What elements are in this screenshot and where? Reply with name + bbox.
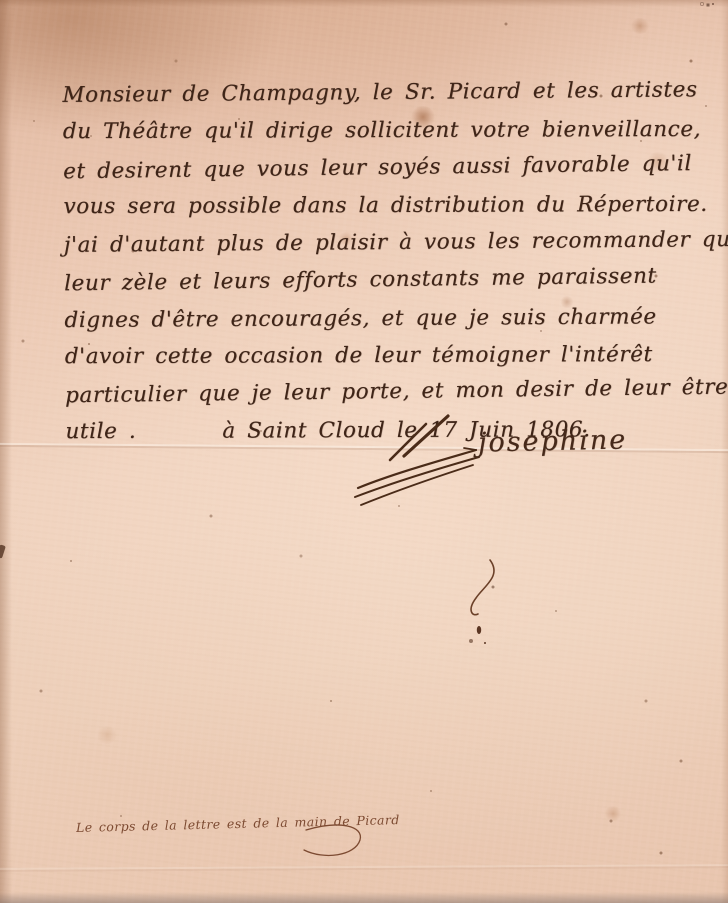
- letter-line-3: et desirent que vous leur soyés aussi fa…: [63, 150, 719, 196]
- letter-closing-word: utile .: [65, 418, 136, 443]
- corner-pencil-mark: [701, 3, 703, 5]
- foxing-stain: [630, 18, 650, 34]
- paper-edge-bottom: [0, 892, 728, 903]
- scanned-letter-page: Monsieur de Champagny, le Sr. Picard et …: [0, 0, 728, 903]
- josephine-signature: josephine: [478, 424, 628, 458]
- foxing-specks: [0, 0, 2, 2]
- ink-squiggle-icon: [452, 556, 508, 648]
- signature-flourish-icon: [352, 412, 488, 512]
- letter-line-6: leur zèle et leurs efforts constants me …: [64, 263, 720, 309]
- letter-body: Monsieur de Champagny, le Sr. Picard et …: [62, 77, 721, 457]
- foxing-stain: [96, 726, 118, 744]
- letter-line-1: Monsieur de Champagny, le Sr. Picard et …: [62, 77, 718, 120]
- paper-edge-top: [0, 0, 728, 7]
- letter-line-4: vous sera possible dans la distribution …: [63, 192, 719, 232]
- foxing-stain: [604, 806, 622, 821]
- letter-line-7: dignes d'être encouragés, et que je suis…: [64, 304, 720, 345]
- letter-line-2: du Théâtre qu'il dirige sollicitent votr…: [63, 117, 719, 157]
- paper-edge-left: [0, 0, 12, 903]
- annotation-flourish-icon: [302, 818, 374, 866]
